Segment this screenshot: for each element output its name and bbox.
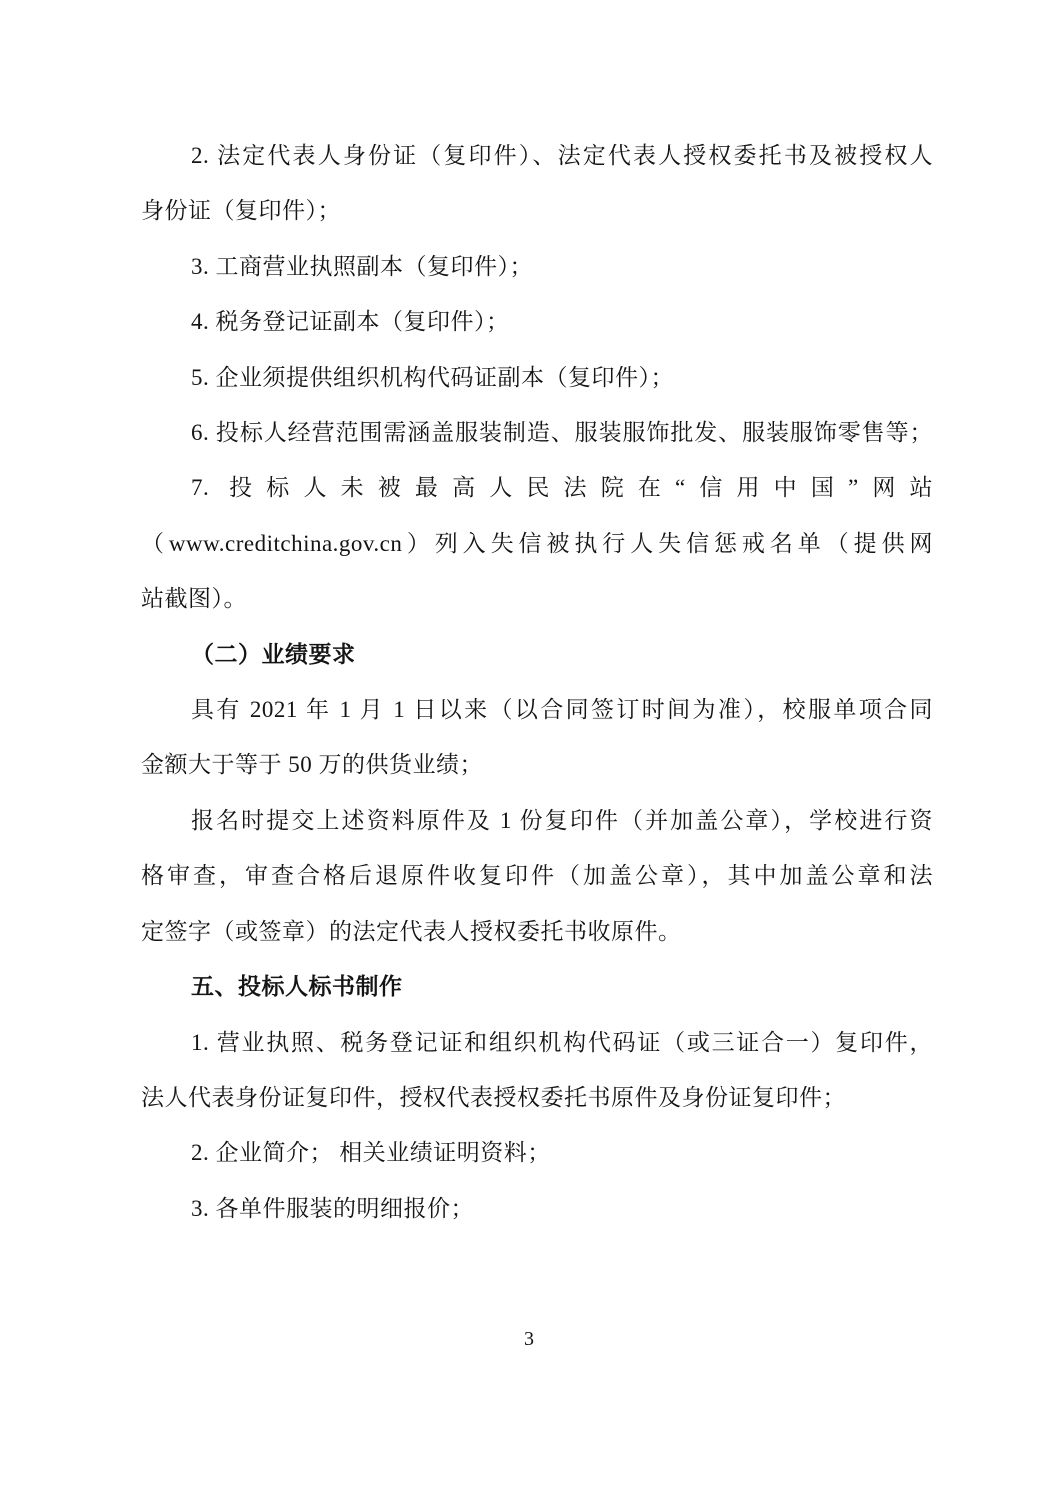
text-line: 具有 2021 年 1 月 1 日以来（以合同签订时间为准），校服单项合同 bbox=[141, 682, 933, 737]
text-line: 2. 法定代表人身份证（复印件）、法定代表人授权委托书及被授权人 bbox=[141, 128, 933, 183]
page-footer: 3 bbox=[0, 1326, 1058, 1352]
text-line: 站截图）。 bbox=[141, 571, 933, 626]
document-page: 2. 法定代表人身份证（复印件）、法定代表人授权委托书及被授权人身份证（复印件）… bbox=[0, 0, 1058, 1496]
text-line: 7. 投标人未被最高人民法院在“信用中国”网站 bbox=[141, 460, 933, 515]
text-line: 格审查，审查合格后退原件收复印件（加盖公章），其中加盖公章和法 bbox=[141, 848, 933, 903]
text-line: 身份证（复印件）； bbox=[141, 183, 933, 238]
text-line: 3. 各单件服装的明细报价； bbox=[141, 1181, 933, 1236]
text-line: 4. 税务登记证副本（复印件）； bbox=[141, 294, 933, 349]
text-line: 2. 企业简介； 相关业绩证明资料； bbox=[141, 1125, 933, 1180]
text-line: 报名时提交上述资料原件及 1 份复印件（并加盖公章），学校进行资 bbox=[141, 793, 933, 848]
text-line: 3. 工商营业执照副本（复印件）； bbox=[141, 239, 933, 294]
text-line: 6. 投标人经营范围需涵盖服装制造、服装服饰批发、服装服饰零售等； bbox=[141, 405, 933, 460]
section-heading: （二）业绩要求 bbox=[141, 627, 933, 682]
text-line: 定签字（或签章）的法定代表人授权委托书收原件。 bbox=[141, 904, 933, 959]
text-line: 5. 企业须提供组织机构代码证副本（复印件）； bbox=[141, 350, 933, 405]
text-line: （www.creditchina.gov.cn）列入失信被执行人失信惩戒名单（提… bbox=[141, 516, 933, 571]
text-line: 法人代表身份证复印件，授权代表授权委托书原件及身份证复印件； bbox=[141, 1070, 933, 1125]
text-line: 金额大于等于 50 万的供货业绩； bbox=[141, 737, 933, 792]
document-body: 2. 法定代表人身份证（复印件）、法定代表人授权委托书及被授权人身份证（复印件）… bbox=[141, 128, 933, 1236]
page-number: 3 bbox=[524, 1328, 534, 1350]
section-heading: 五、投标人标书制作 bbox=[141, 959, 933, 1014]
text-line: 1. 营业执照、税务登记证和组织机构代码证（或三证合一）复印件， bbox=[141, 1015, 933, 1070]
